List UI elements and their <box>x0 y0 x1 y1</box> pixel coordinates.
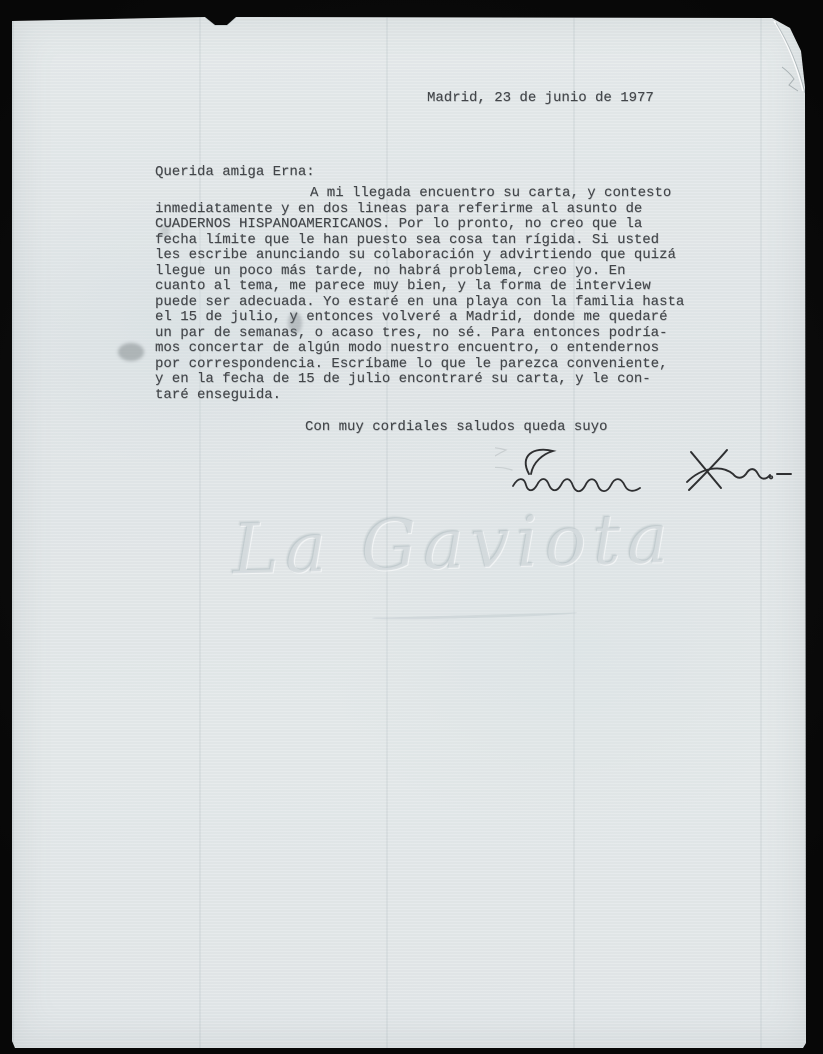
salutation: Querida amiga Erna: <box>155 165 315 181</box>
dateline: Madrid, 23 de junio de 1977 <box>427 91 654 107</box>
signature-handwriting <box>495 444 795 508</box>
body-line: taré enseguida. <box>155 388 684 404</box>
body-line: A mi llegada encuentro su carta, y conte… <box>155 186 684 202</box>
paper-tear-jag <box>782 67 798 91</box>
letter-page: La Gaviota Madrid, 23 de junio de 1977 Q… <box>12 15 806 1048</box>
ink-smudge <box>118 343 144 361</box>
letter-body: A mi llegada encuentro su carta, y conte… <box>155 186 684 403</box>
body-line: llegue un poco más tarde, no habrá probl… <box>155 264 684 280</box>
ink-smudge <box>288 312 302 334</box>
body-line: inmediatamente y en dos lineas para refe… <box>155 202 684 218</box>
ink-smudge <box>160 225 170 237</box>
body-line: cuanto al tema, me parece muy bien, y la… <box>155 279 684 295</box>
body-line: fecha límite que le han puesto sea cosa … <box>155 233 684 249</box>
body-line: un par de semanas, o acaso tres, no sé. … <box>155 326 684 342</box>
body-line: por correspondencia. Escríbame lo que le… <box>155 357 684 373</box>
body-line: mos concertar de algún modo nuestro encu… <box>155 341 684 357</box>
watermark-underline-flourish <box>372 610 577 620</box>
watermark-text: La Gaviota <box>231 498 653 591</box>
body-line: les escribe anunciando su colaboración y… <box>155 248 684 264</box>
body-line: el 15 de julio, y entonces volveré a Mad… <box>155 310 684 326</box>
body-line: CUADERNOS HISPANOAMERICANOS. Por lo pron… <box>155 217 684 233</box>
body-line: y en la fecha de 15 de julio encontraré … <box>155 372 684 388</box>
closing-line: Con muy cordiales saludos queda suyo <box>305 420 607 436</box>
body-line: puede ser adecuada. Yo estaré en una pla… <box>155 295 684 311</box>
